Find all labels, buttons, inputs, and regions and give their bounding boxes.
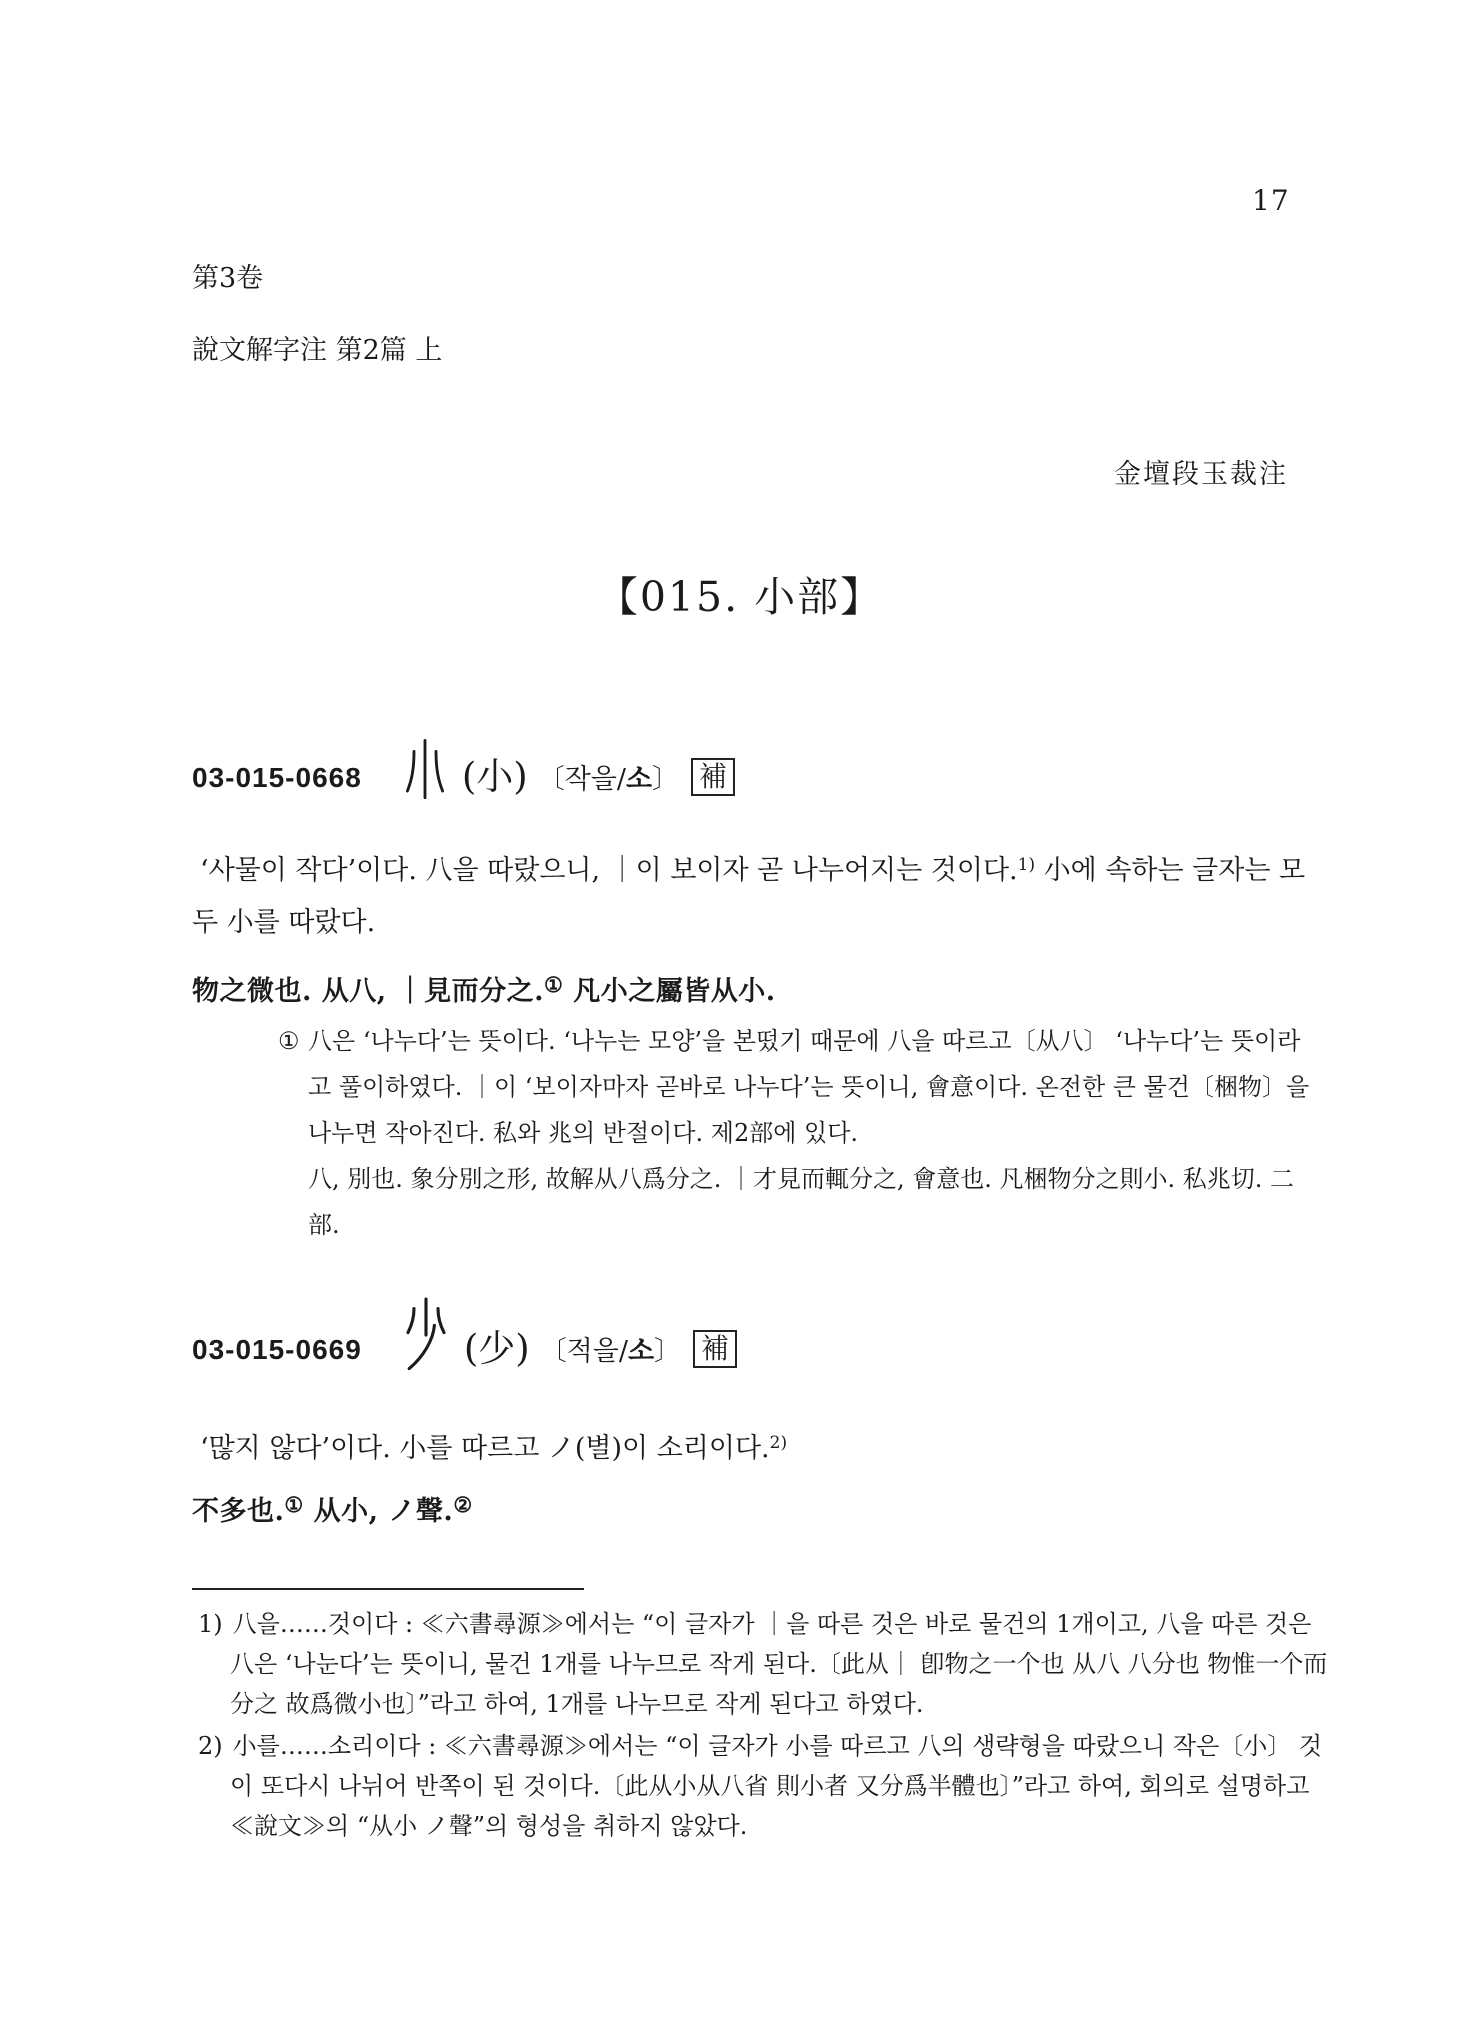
footnote-text: 小를……소리이다 : ≪六書尋源≫에서는 “이 글자가 小를 따르고 八의 생략… [230, 1732, 1322, 1840]
volume-label: 第3卷 [192, 256, 263, 295]
entry-header-0669: 03-015-0669 (少) 〔적을/소〕 補 [192, 1296, 1330, 1374]
hangul-reading: 〔적을/소〕 [540, 1329, 681, 1368]
annotation-korean: 八은 ‘나누다’는 뜻이다. ‘나누는 모양’을 본떴기 때문에 八을 따르고〔… [308, 1018, 1318, 1156]
annotation-ref-1: ① [544, 972, 563, 997]
translation-text: ‘사물이 작다’이다. 八을 따랐으니, ｜이 보이자 곧 나누어지는 것이다. [200, 855, 1018, 886]
footnote-ref-2: 2) [770, 1433, 787, 1453]
translation-text: ‘많지 않다’이다. 小를 따르고 ノ(별)이 소리이다. [200, 1433, 770, 1464]
footnote-ref-1: 1) [1018, 855, 1035, 875]
reading-close: 〕 [652, 764, 679, 795]
original-text-mid: 从小, ノ聲. [304, 1496, 454, 1527]
footnote-marker: 2) [198, 1732, 223, 1760]
reading-bold: 소 [626, 764, 652, 795]
work-title: 說文解字注 第2篇 上 [192, 328, 442, 367]
reading-open: 〔작을/ [538, 764, 626, 795]
annotation-body: 八은 ‘나누다’는 뜻이다. ‘나누는 모양’을 본떴기 때문에 八을 따르고〔… [308, 1018, 1318, 1248]
footnote-area: 1)八을……것이다 : ≪六書尋源≫에서는 “이 글자가 ｜을 따른 것은 바로… [198, 1604, 1328, 1848]
footnote-text: 八을……것이다 : ≪六書尋源≫에서는 “이 글자가 ｜을 따른 것은 바로 물… [230, 1610, 1327, 1718]
entry-id: 03-015-0669 [192, 1334, 362, 1366]
document-page: 17 第3卷 說文解字注 第2篇 上 金壇段玉裁注 【015. 小部】 03-0… [0, 0, 1480, 2024]
annotation-marker: ① [278, 1018, 308, 1064]
footnote-item-1: 1)八을……것이다 : ≪六書尋源≫에서는 “이 글자가 ｜을 따른 것은 바로… [198, 1604, 1328, 1724]
translation-paragraph-0669: ‘많지 않다’이다. 小를 따르고 ノ(별)이 소리이다.2) [192, 1423, 1318, 1475]
annotation-block-0668: ① 八은 ‘나누다’는 뜻이다. ‘나누는 모양’을 본떴기 때문에 八을 따르… [278, 1018, 1318, 1248]
translation-paragraph-0668: ‘사물이 작다’이다. 八을 따랐으니, ｜이 보이자 곧 나누어지는 것이다.… [192, 845, 1318, 949]
seal-script-few-icon [402, 1296, 450, 1374]
seal-script-small-icon [402, 736, 448, 802]
headword-character: (少) [464, 1318, 530, 1372]
author-credit: 金壇段玉裁注 [1114, 452, 1288, 491]
supplement-badge: 補 [693, 1330, 737, 1368]
footnote-marker: 1) [198, 1610, 223, 1638]
section-heading: 【015. 小部】 [0, 564, 1480, 623]
shuowen-original-0669: 不多也.① 从小, ノ聲.② [192, 1489, 1318, 1528]
entry-id: 03-015-0668 [192, 762, 362, 794]
annotation-ref-1: ① [284, 1492, 303, 1517]
entry-header-0668: 03-015-0668 (小) 〔작을/소〕 補 [192, 736, 1330, 802]
headword-character: (小) [462, 746, 528, 800]
original-text: 不多也. [192, 1496, 284, 1527]
supplement-badge: 補 [691, 758, 735, 796]
original-text: 物之微也. 从八, ｜見而分之. [192, 976, 544, 1007]
footnote-separator [192, 1588, 584, 1590]
footnote-item-2: 2)小를……소리이다 : ≪六書尋源≫에서는 “이 글자가 小를 따르고 八의 … [198, 1726, 1328, 1846]
annotation-chinese: 八, 別也. 象分別之形, 故解从八爲分之. ｜才見而輒分之, 會意也. 凡梱物… [308, 1156, 1318, 1248]
reading-bold: 소 [628, 1336, 654, 1367]
annotation-ref-2: ② [453, 1492, 472, 1517]
shuowen-original-0668: 物之微也. 从八, ｜見而分之.① 凡小之屬皆从小. [192, 969, 1318, 1008]
original-text-tail: 凡小之屬皆从小. [563, 976, 775, 1007]
hangul-reading: 〔작을/소〕 [538, 757, 679, 796]
reading-close: 〕 [654, 1336, 681, 1367]
page-number: 17 [1252, 184, 1290, 217]
reading-open: 〔적을/ [540, 1336, 628, 1367]
